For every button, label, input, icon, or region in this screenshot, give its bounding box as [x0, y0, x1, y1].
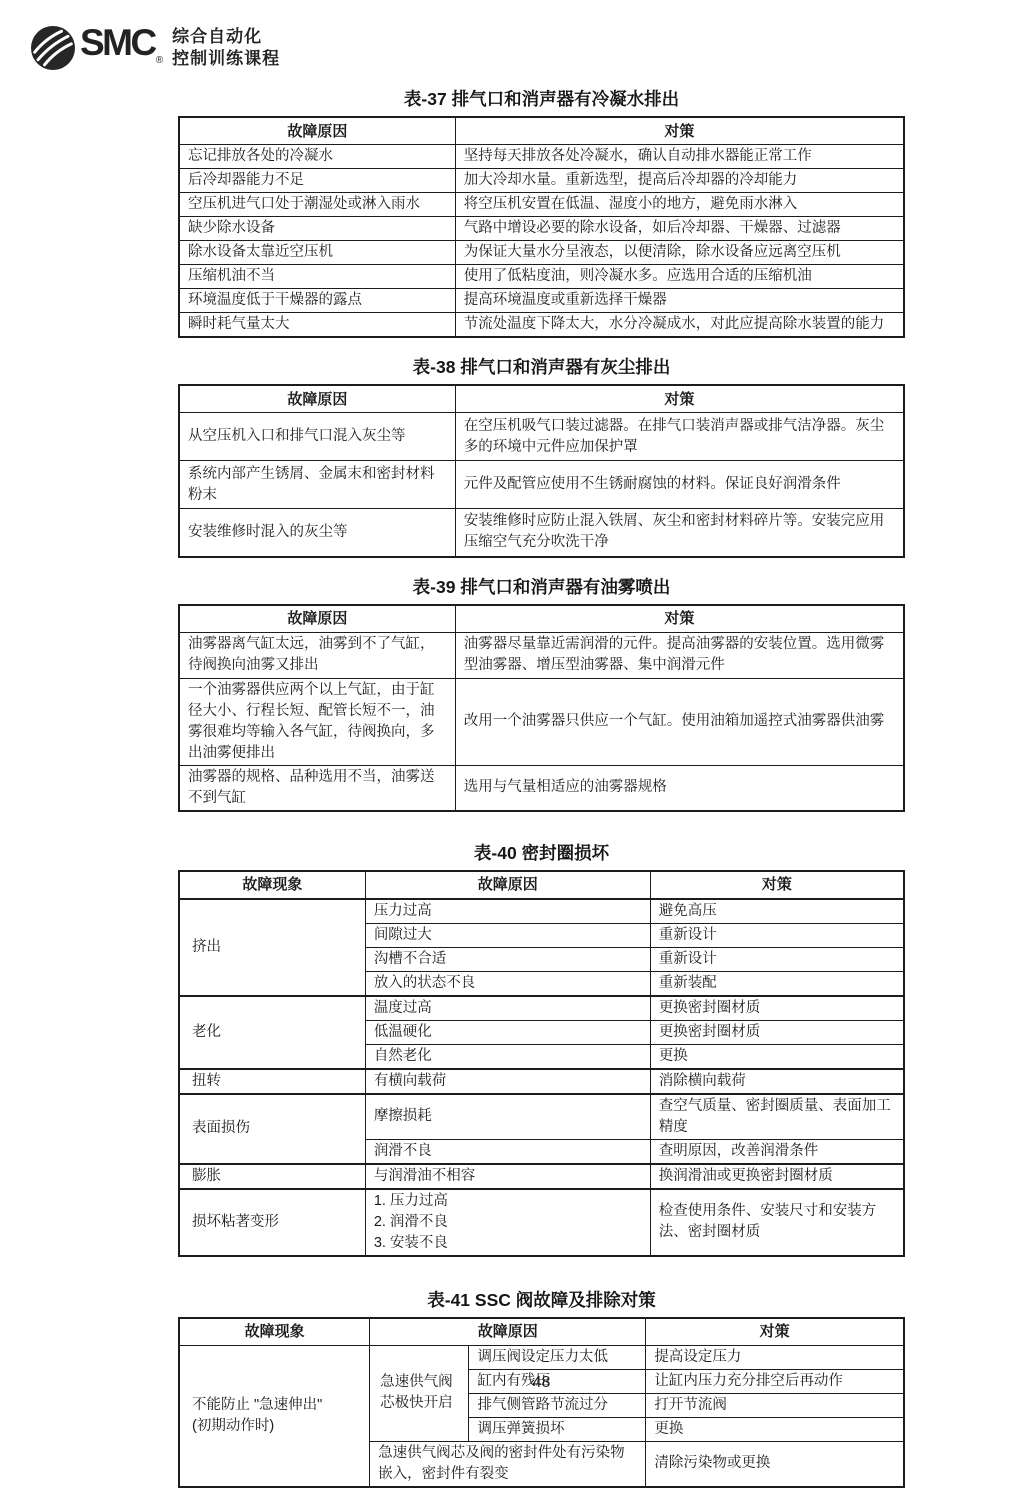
cause-cell: 空压机进气口处于潮湿处或淋入雨水	[179, 193, 455, 217]
action-cell: 避免高压	[650, 899, 904, 924]
table-row: 一个油雾器供应两个以上气缸，由于缸径大小、行程长短、配管长短不一，油雾很难均等输…	[179, 678, 904, 765]
cause-cell: 排气侧管路节流过分	[469, 1393, 646, 1417]
document-content: 表-37 排气口和消声器有冷凝水排出 故障原因 对策 忘记排放各处的冷凝水坚持每…	[178, 86, 905, 1488]
cause-cell: 摩擦损耗	[365, 1094, 650, 1140]
phenomenon-cell: 不能防止 "急速伸出" (初期动作时)	[179, 1345, 370, 1487]
cause-cell: 环境温度低于干燥器的露点	[179, 289, 455, 313]
table-row: 空压机进气口处于潮湿处或淋入雨水将空压机安置在低温、湿度小的地方，避免雨水淋入	[179, 193, 904, 217]
table-37-header-row: 故障原因 对策	[179, 117, 904, 145]
table-38-header-row: 故障原因 对策	[179, 385, 904, 413]
table-row: 表面损伤 摩擦损耗 查空气质量、密封圈质量、表面加工精度	[179, 1094, 904, 1140]
action-cell: 提高设定压力	[646, 1345, 904, 1369]
action-cell: 选用与气量相适应的油雾器规格	[455, 765, 904, 811]
table-row: 后冷却器能力不足加大冷却水量。重新选型，提高后冷却器的冷却能力	[179, 169, 904, 193]
table-41: 故障现象 故障原因 对策 不能防止 "急速伸出" (初期动作时) 急速供气阀 芯…	[178, 1317, 905, 1488]
action-cell: 清除污染物或更换	[646, 1441, 904, 1487]
table-40: 故障现象 故障原因 对策 挤出 压力过高 避免高压 间隙过大重新设计 沟槽不合适…	[178, 870, 905, 1257]
group-cause-cell: 急速供气阀 芯极快开启	[370, 1345, 469, 1441]
column-header-cause: 故障原因	[179, 117, 455, 145]
action-cell: 换润滑油或更换密封圈材质	[650, 1164, 904, 1189]
column-header-action: 对策	[455, 605, 904, 633]
cause-cell: 安装维修时混入的灰尘等	[179, 509, 455, 557]
cause-cell: 有横向载荷	[365, 1069, 650, 1094]
column-header-cause: 故障原因	[365, 871, 650, 899]
cause-cell: 瞬时耗气量太大	[179, 313, 455, 338]
action-cell: 提高环境温度或重新选择干燥器	[455, 289, 904, 313]
table-38: 故障原因 对策 从空压机入口和排气口混入灰尘等在空压机吸气口装过滤器。在排气口装…	[178, 384, 905, 558]
action-cell: 坚持每天排放各处冷凝水，确认自动排水器能正常工作	[455, 145, 904, 169]
column-header-cause: 故障原因	[179, 385, 455, 413]
registered-mark: ®	[156, 55, 163, 66]
column-header-action: 对策	[455, 117, 904, 145]
cause-cell: 与润滑油不相容	[365, 1164, 650, 1189]
table-37: 故障原因 对策 忘记排放各处的冷凝水坚持每天排放各处冷凝水，确认自动排水器能正常…	[178, 116, 905, 338]
action-cell: 消除横向载荷	[650, 1069, 904, 1094]
phenomenon-cell: 扭转	[179, 1069, 365, 1094]
cause-cell: 调压弹簧损坏	[469, 1417, 646, 1441]
table-row: 安装维修时混入的灰尘等安装维修时应防止混入铁屑、灰尘和密封材料碎片等。安装完应用…	[179, 509, 904, 557]
cause-cell: 沟槽不合适	[365, 947, 650, 971]
logo-subtitle-line1: 综合自动化	[172, 26, 280, 48]
action-cell: 重新设计	[650, 947, 904, 971]
phenomenon-cell: 膨胀	[179, 1164, 365, 1189]
action-cell: 更换密封圈材质	[650, 1020, 904, 1044]
action-cell: 为保证大量水分呈液态，以便清除，除水设备应远离空压机	[455, 241, 904, 265]
action-cell: 更换	[650, 1044, 904, 1069]
action-cell: 使用了低粘度油，则冷凝水多。应选用合适的压缩机油	[455, 265, 904, 289]
smc-logo-wordmark: SMC®	[80, 20, 162, 76]
page-number: 48	[178, 1374, 905, 1392]
action-cell: 更换密封圈材质	[650, 996, 904, 1021]
cause-cell: 压力过高	[365, 899, 650, 924]
action-cell: 在空压机吸气口装过滤器。在排气口装消声器或排气洁净器。灰尘多的环境中元件应加保护…	[455, 413, 904, 461]
table-row: 挤出 压力过高 避免高压	[179, 899, 904, 924]
table-41-title: 表-41 SSC 阀故障及排除对策	[178, 1287, 905, 1312]
column-header-action: 对策	[646, 1318, 904, 1346]
cause-cell: 压缩机油不当	[179, 265, 455, 289]
cause-cell: 系统内部产生锈屑、金属末和密封材料粉末	[179, 461, 455, 509]
cause-cell: 从空压机入口和排气口混入灰尘等	[179, 413, 455, 461]
action-cell: 加大冷却水量。重新选型，提高后冷却器的冷却能力	[455, 169, 904, 193]
action-cell: 检查使用条件、安装尺寸和安装方法、密封圈材质	[650, 1189, 904, 1256]
column-header-cause: 故障原因	[179, 605, 455, 633]
cause-cell: 调压阀设定压力太低	[469, 1345, 646, 1369]
table-40-header-row: 故障现象 故障原因 对策	[179, 871, 904, 899]
action-cell: 元件及配管应使用不生锈耐腐蚀的材料。保证良好润滑条件	[455, 461, 904, 509]
table-row: 压缩机油不当使用了低粘度油，则冷凝水多。应选用合适的压缩机油	[179, 265, 904, 289]
cause-cell: 自然老化	[365, 1044, 650, 1069]
table-row: 老化 温度过高 更换密封圈材质	[179, 996, 904, 1021]
action-cell: 更换	[646, 1417, 904, 1441]
table-row: 缺少除水设备气路中增设必要的除水设备，如后冷却器、干燥器、过滤器	[179, 217, 904, 241]
cause-cell: 除水设备太靠近空压机	[179, 241, 455, 265]
action-cell: 油雾器尽量靠近需润滑的元件。提高油雾器的安装位置。选用微雾型油雾器、增压型油雾器…	[455, 632, 904, 678]
phenomenon-cell: 表面损伤	[179, 1094, 365, 1164]
column-header-cause: 故障原因	[370, 1318, 646, 1346]
table-row: 损坏粘著变形 1. 压力过高 2. 润滑不良 3. 安装不良 检查使用条件、安装…	[179, 1189, 904, 1256]
table-row: 不能防止 "急速伸出" (初期动作时) 急速供气阀 芯极快开启 调压阀设定压力太…	[179, 1345, 904, 1369]
cause-cell: 温度过高	[365, 996, 650, 1021]
phenomenon-cell: 挤出	[179, 899, 365, 996]
table-38-title: 表-38 排气口和消声器有灰尘排出	[178, 354, 905, 379]
table-row: 从空压机入口和排气口混入灰尘等在空压机吸气口装过滤器。在排气口装消声器或排气洁净…	[179, 413, 904, 461]
cause-cell: 一个油雾器供应两个以上气缸，由于缸径大小、行程长短、配管长短不一，油雾很难均等输…	[179, 678, 455, 765]
action-cell: 打开节流阀	[646, 1393, 904, 1417]
action-cell: 查空气质量、密封圈质量、表面加工精度	[650, 1094, 904, 1140]
action-cell: 查明原因，改善润滑条件	[650, 1139, 904, 1164]
table-row: 扭转 有横向载荷 消除横向载荷	[179, 1069, 904, 1094]
table-row: 膨胀 与润滑油不相容 换润滑油或更换密封圈材质	[179, 1164, 904, 1189]
table-row: 系统内部产生锈屑、金属末和密封材料粉末元件及配管应使用不生锈耐腐蚀的材料。保证良…	[179, 461, 904, 509]
phenomenon-cell: 老化	[179, 996, 365, 1069]
column-header-action: 对策	[650, 871, 904, 899]
cause-cell: 1. 压力过高 2. 润滑不良 3. 安装不良	[365, 1189, 650, 1256]
cause-cell: 油雾器离气缸太远，油雾到不了气缸，待阀换向油雾又排出	[179, 632, 455, 678]
table-row: 油雾器的规格、品种选用不当，油雾送不到气缸选用与气量相适应的油雾器规格	[179, 765, 904, 811]
action-cell: 节流处温度下降太大，水分冷凝成水，对此应提高除水装置的能力	[455, 313, 904, 338]
table-row: 忘记排放各处的冷凝水坚持每天排放各处冷凝水，确认自动排水器能正常工作	[179, 145, 904, 169]
column-header-phenomenon: 故障现象	[179, 1318, 370, 1346]
smc-logo-text: SMC	[80, 22, 155, 63]
cause-cell: 后冷却器能力不足	[179, 169, 455, 193]
action-cell: 重新设计	[650, 923, 904, 947]
logo-subtitle: 综合自动化 控制训练课程	[172, 26, 280, 70]
cause-cell: 急速供气阀芯及阀的密封件处有污染物嵌入，密封件有裂变	[370, 1441, 646, 1487]
cause-cell: 放入的状态不良	[365, 971, 650, 996]
action-cell: 改用一个油雾器只供应一个气缸。使用油箱加遥控式油雾器供油雾	[455, 678, 904, 765]
action-cell: 将空压机安置在低温、湿度小的地方，避免雨水淋入	[455, 193, 904, 217]
smc-globe-icon	[30, 25, 76, 71]
cause-cell: 油雾器的规格、品种选用不当，油雾送不到气缸	[179, 765, 455, 811]
column-header-phenomenon: 故障现象	[179, 871, 365, 899]
cause-cell: 润滑不良	[365, 1139, 650, 1164]
table-39-header-row: 故障原因 对策	[179, 605, 904, 633]
table-37-title: 表-37 排气口和消声器有冷凝水排出	[178, 86, 905, 111]
action-cell: 气路中增设必要的除水设备，如后冷却器、干燥器、过滤器	[455, 217, 904, 241]
table-row: 油雾器离气缸太远，油雾到不了气缸，待阀换向油雾又排出油雾器尽量靠近需润滑的元件。…	[179, 632, 904, 678]
table-row: 除水设备太靠近空压机为保证大量水分呈液态，以便清除，除水设备应远离空压机	[179, 241, 904, 265]
table-row: 瞬时耗气量太大节流处温度下降太大，水分冷凝成水，对此应提高除水装置的能力	[179, 313, 904, 338]
cause-cell: 间隙过大	[365, 923, 650, 947]
table-40-title: 表-40 密封圈损坏	[178, 840, 905, 865]
page-header: SMC® 综合自动化 控制训练课程	[30, 20, 280, 76]
cause-cell: 缺少除水设备	[179, 217, 455, 241]
cause-cell: 忘记排放各处的冷凝水	[179, 145, 455, 169]
table-39-title: 表-39 排气口和消声器有油雾喷出	[178, 574, 905, 599]
action-cell: 重新装配	[650, 971, 904, 996]
table-row: 环境温度低于干燥器的露点提高环境温度或重新选择干燥器	[179, 289, 904, 313]
action-cell: 安装维修时应防止混入铁屑、灰尘和密封材料碎片等。安装完应用压缩空气充分吹洗干净	[455, 509, 904, 557]
cause-cell: 低温硬化	[365, 1020, 650, 1044]
table-41-header-row: 故障现象 故障原因 对策	[179, 1318, 904, 1346]
logo-subtitle-line2: 控制训练课程	[172, 48, 280, 70]
table-39: 故障原因 对策 油雾器离气缸太远，油雾到不了气缸，待阀换向油雾又排出油雾器尽量靠…	[178, 604, 905, 812]
column-header-action: 对策	[455, 385, 904, 413]
phenomenon-cell: 损坏粘著变形	[179, 1189, 365, 1256]
